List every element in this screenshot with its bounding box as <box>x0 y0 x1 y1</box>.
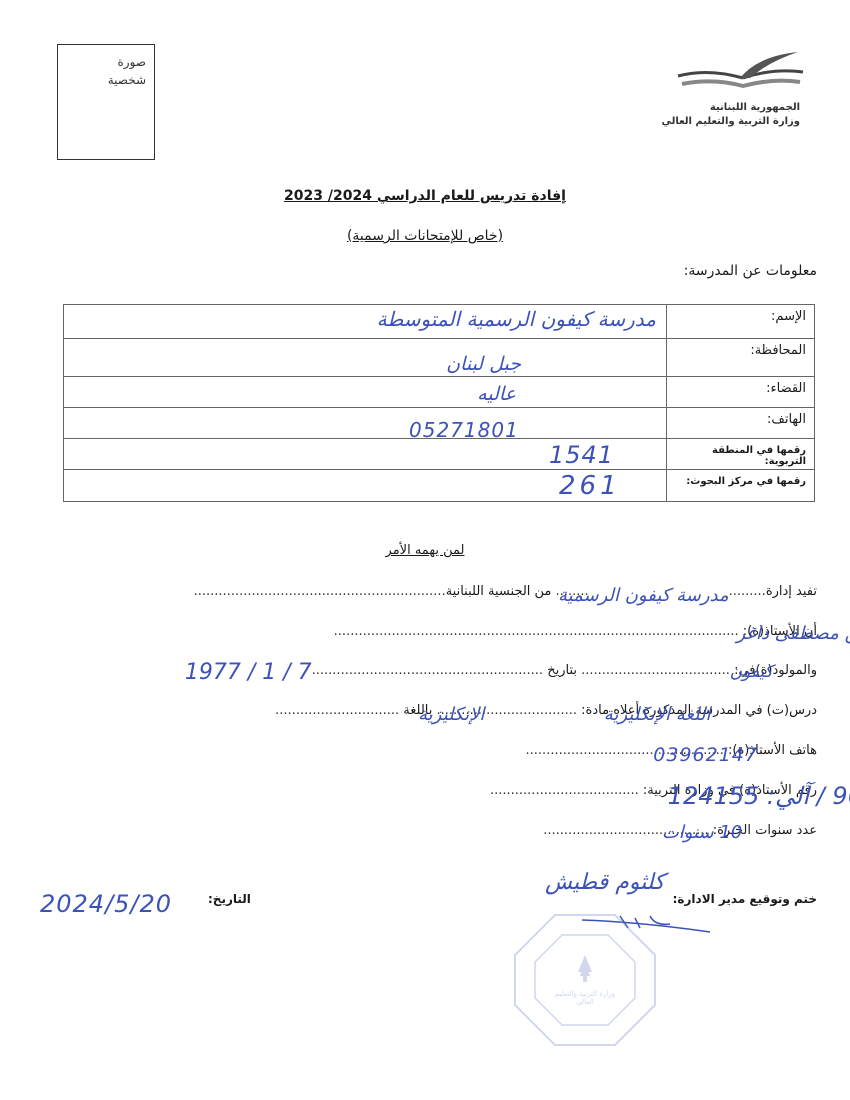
field-label-district: القضاء: <box>667 377 815 408</box>
handwritten-birthdate: 1977 / 1 / 7 <box>185 660 312 685</box>
school-info-label: معلومات عن المدرسة: <box>684 263 817 279</box>
school-info-table: الإسم: مدرسة كيفون الرسمية المتوسطة المح… <box>63 304 815 502</box>
table-row: المحافظة: جبل لبنان <box>64 339 815 377</box>
document-title: إفادة تدريس للعام الدراسي 2024/ 2023 <box>0 188 850 204</box>
official-stamp: وزارة التربية والتعليم العالي <box>510 910 660 1050</box>
open-book-icon <box>668 48 818 98</box>
photo-label-1: صورة <box>118 55 146 69</box>
table-row: الهاتف: 05271801 <box>64 408 815 439</box>
table-row: رقمها في مركز البحوث: 261 <box>64 470 815 502</box>
field-value-edu-region-number: 1541 <box>64 439 667 470</box>
handwritten-subject: اللغة الإنكليزية <box>604 704 711 725</box>
line-teacher-name: أن الأستاذ(ة): سيرين مصطفى داغر.........… <box>334 624 817 639</box>
line-ministry-number: رقم الأستاذ(ة) في وزارة التربية: ......9… <box>490 783 817 798</box>
handwritten-birthplace: كيفون <box>730 662 773 682</box>
republic-name: الجمهورية اللبنانية <box>710 102 800 113</box>
handwritten-school: مدرسة كيفون الرسمية <box>558 585 729 606</box>
director-signature: كلثوم قطيش <box>545 870 665 895</box>
handwritten-teacher-name: سيرين مصطفى داغر <box>737 623 850 644</box>
handwritten-teacher-phone: 03962147 <box>653 744 758 766</box>
table-row: الإسم: مدرسة كيفون الرسمية المتوسطة <box>64 305 815 339</box>
field-label-governorate: المحافظة: <box>667 339 815 377</box>
field-value-governorate: جبل لبنان <box>64 339 667 377</box>
field-value-research-center-number: 261 <box>64 470 667 502</box>
line-birth: والمولود(ة)في: .........كيفون...........… <box>312 663 817 678</box>
field-label-phone: الهاتف: <box>667 408 815 439</box>
field-value-name: مدرسة كيفون الرسمية المتوسطة <box>64 305 667 339</box>
handwritten-ministry-number: 968600 / آلي: 124155 <box>668 782 850 810</box>
photo-placeholder: صورة شخصية <box>57 44 155 160</box>
table-row: رقمها في المنطقة التربوية: 1541 <box>64 439 815 470</box>
ministry-name: وزارة التربية والتعليم العالي <box>662 116 800 127</box>
handwritten-date: 2024/5/20 <box>40 890 172 918</box>
ministry-logo: الجمهورية اللبنانية وزارة التربية والتعل… <box>668 48 818 128</box>
date-label: التاريخ: <box>208 892 251 906</box>
line-subject: درس(ت) في المدرسة المذكورة أعلاه مادة: .… <box>275 703 817 718</box>
field-label-name: الإسم: <box>667 305 815 339</box>
field-value-district: عاليه <box>64 377 667 408</box>
table-row: القضاء: عاليه <box>64 377 815 408</box>
photo-label-2: شخصية <box>108 73 146 87</box>
signature-label: ختم وتوقيع مدير الادارة: <box>673 892 817 906</box>
field-label-research-center-number: رقمها في مركز البحوث: <box>667 470 815 502</box>
stamp-octagon-icon <box>510 910 660 1050</box>
line-teacher-phone: هاتف الأستاذ(ة): ......................0… <box>526 743 817 758</box>
field-value-phone: 05271801 <box>64 408 667 439</box>
document-subtitle: (خاص للإمتحانات الرسمية) <box>0 228 850 244</box>
line-experience: عدد سنوات الخبرة: ..........10 سنوات....… <box>543 823 817 838</box>
handwritten-experience: 10 سنوات <box>662 822 742 843</box>
stamp-text: وزارة التربية والتعليم العالي <box>550 990 620 1006</box>
handwritten-language: الإنكليزية <box>418 704 484 725</box>
to-whom-heading: لمن يهمه الأمر <box>0 543 850 558</box>
line-school-admin: تفيد إدارة.........مدرسة كيفون الرسمية..… <box>194 584 817 599</box>
field-label-edu-region-number: رقمها في المنطقة التربوية: <box>667 439 815 470</box>
